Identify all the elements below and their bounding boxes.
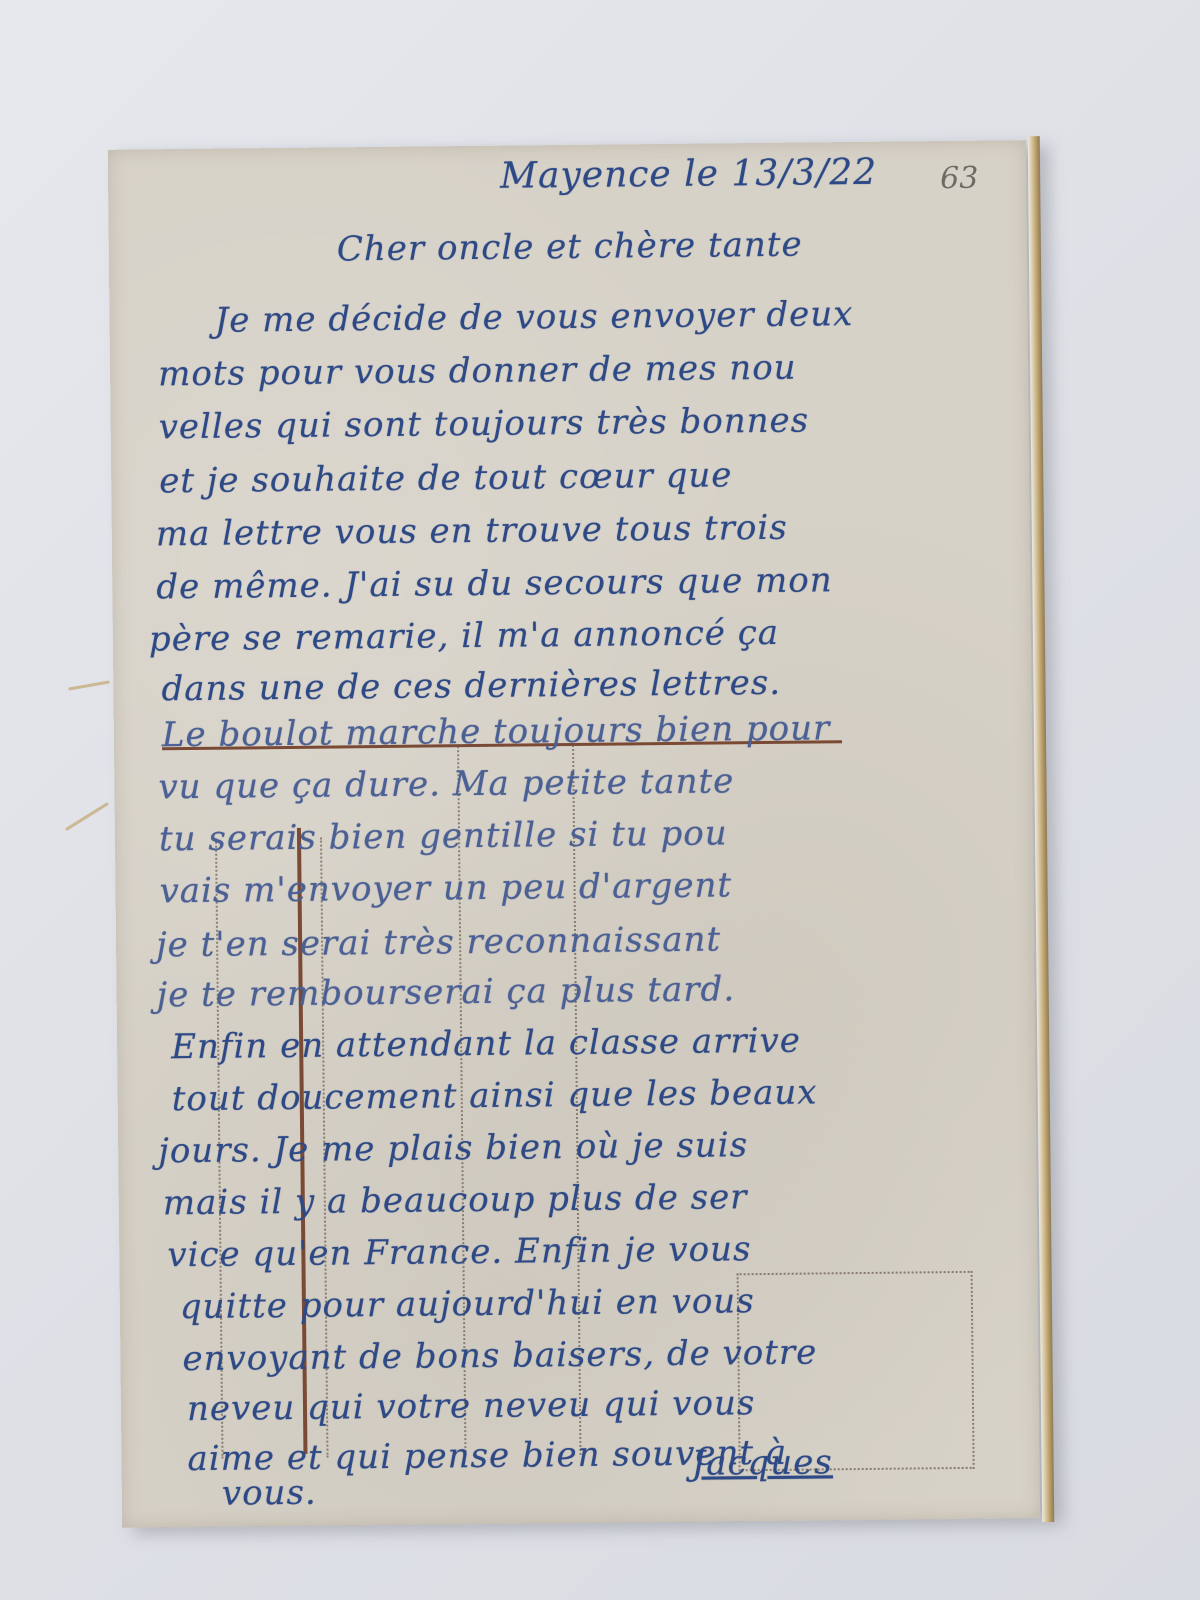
postcard: Mayence le 13/3/22 63 Cher oncle et chèr… xyxy=(108,140,1040,1528)
letter-line: quitte pour aujourd'hui en vous xyxy=(180,1281,755,1327)
letter-line: velles qui sont toujours très bonnes xyxy=(159,401,810,448)
salutation: Cher oncle et chère tante xyxy=(337,225,803,270)
letter-line: je t'en serai très reconnaissant xyxy=(156,919,721,965)
letter-line: Le boulot marche toujours bien pour xyxy=(162,708,831,755)
letter-line: jours. Je me plais bien où je suis xyxy=(158,1125,748,1171)
letter-line: vice qu'en France. Enfin je vous xyxy=(167,1229,751,1275)
string-fiber xyxy=(68,680,110,690)
letter-line: mots pour vous donner de mes nou xyxy=(158,348,797,395)
letter-line: dans une de ces dernières lettres. xyxy=(161,663,781,709)
signature: Jacques xyxy=(691,1442,833,1483)
letter-line: Je me décide de vous envoyer deux xyxy=(214,294,853,341)
pencil-number: 63 xyxy=(940,161,979,196)
letter-line: tout doucement ainsi que les beaux xyxy=(172,1072,818,1119)
letter-line: je te rembourserai ça plus tard. xyxy=(156,969,735,1015)
letter-line: vais m'envoyer un peu d'argent xyxy=(159,865,732,911)
letter-line: vu que ça dure. Ma petite tante xyxy=(158,761,734,807)
letter-line: mais il y a beaucoup plus de ser xyxy=(163,1177,748,1223)
place-date: Mayence le 13/3/22 xyxy=(500,152,878,197)
letter-line: père se remarie, il m'a annoncé ça xyxy=(149,613,780,660)
letter-line: de même. J'ai su du secours que mon xyxy=(156,560,833,607)
letter-line: Enfin en attendant la classe arrive xyxy=(171,1021,801,1068)
letter-line: vous. xyxy=(222,1473,317,1514)
letter-line: envoyant de bons baisers, de votre xyxy=(182,1332,817,1379)
letter-line: tu serais bien gentille si tu pou xyxy=(159,813,728,859)
letter-line: et je souhaite de tout cœur que xyxy=(159,455,732,501)
letter-line: neveu qui votre neveu qui vous xyxy=(187,1383,756,1429)
letter-line: ma lettre vous en trouve tous trois xyxy=(156,508,788,555)
string-fiber xyxy=(65,802,109,831)
